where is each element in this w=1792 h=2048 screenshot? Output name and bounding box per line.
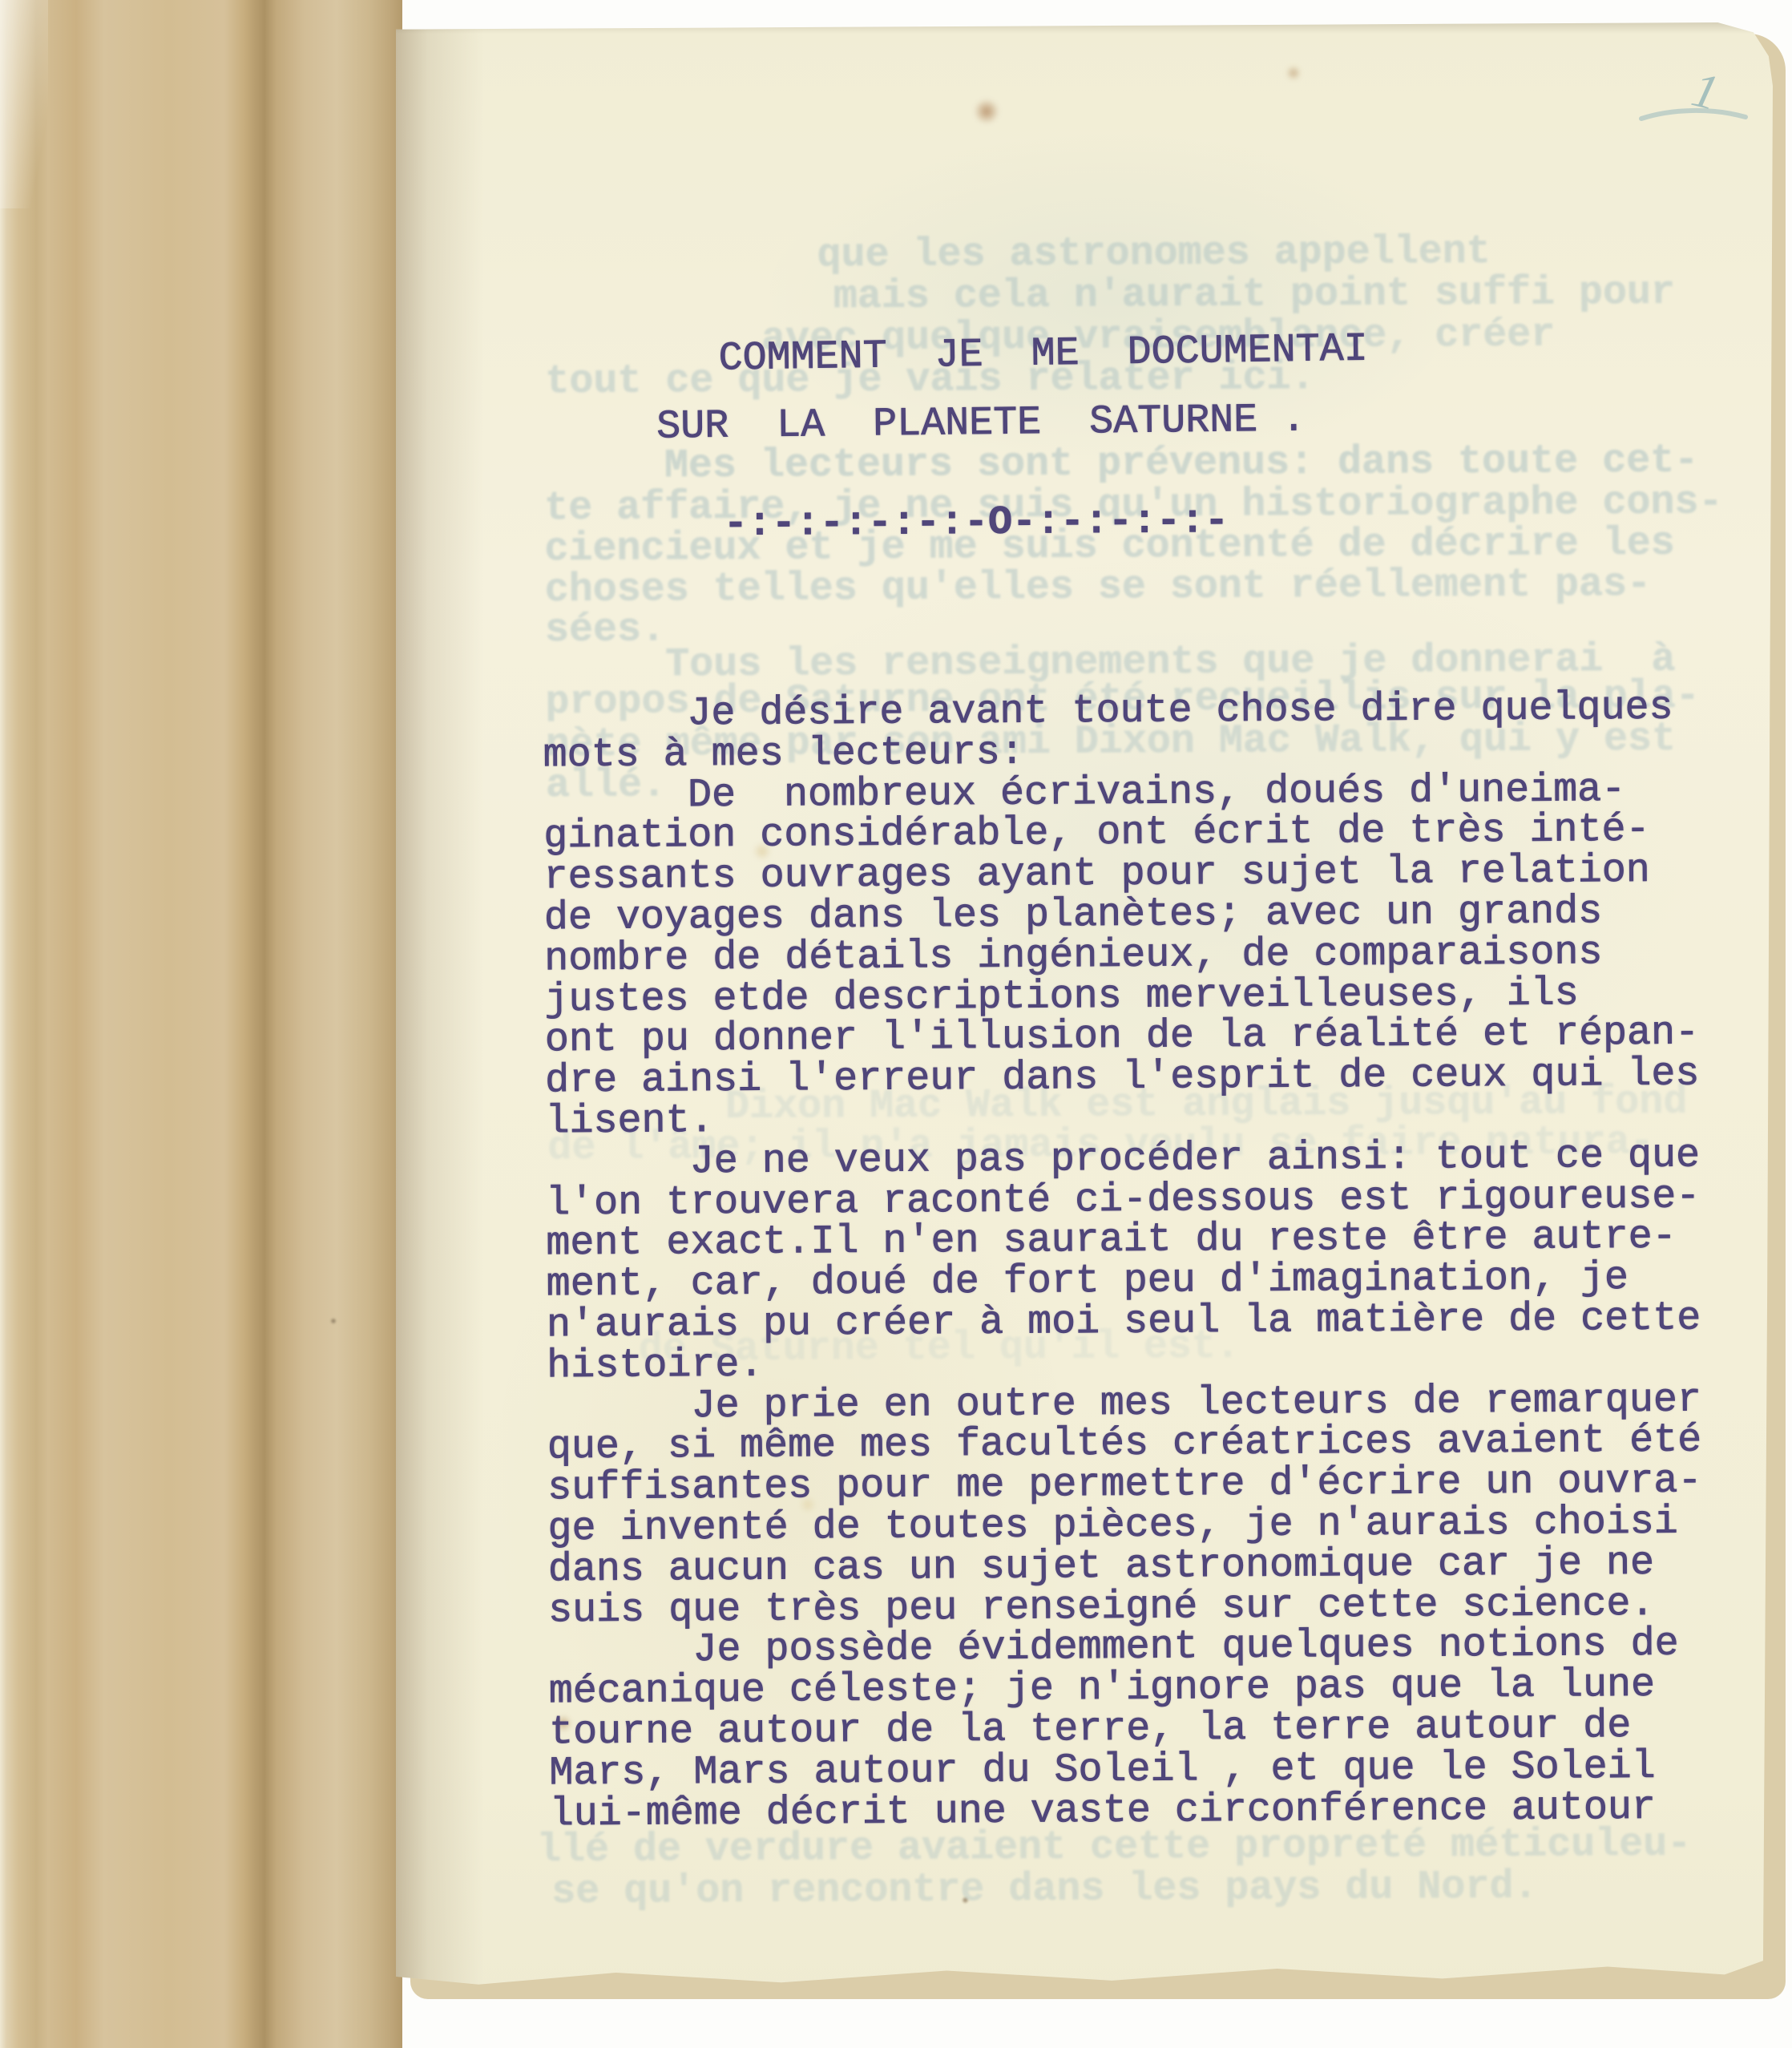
title-line-1: COMMENT JE ME DOCUMENTAI <box>718 327 1368 382</box>
typed-line: lui-même décrit une vaste circonférence … <box>550 1787 1705 1836</box>
typed-line: dre ainsi l'erreur dans l'esprit de ceux… <box>545 1055 1700 1103</box>
typed-line: n'aurais pu créer à moi seul la matière … <box>547 1299 1701 1347</box>
scanned-typescript-page: que les astronomes appellentmais cela n'… <box>0 0 1792 2048</box>
typed-divider-ornament: -:-:-:-:-:-O-:-:-:-:- <box>724 499 1229 547</box>
typed-text-layer: COMMENT JE ME DOCUMENTAI SUR LA PLANETE … <box>0 0 1792 2048</box>
body-text: Je désire avant toute chose dire quelque… <box>543 689 1704 1836</box>
handwritten-page-number: 1 <box>1627 42 1755 138</box>
typed-line: Je désire avant toute chose dire quelque… <box>543 689 1697 737</box>
title-line-2: SUR LA PLANETE SATURNE . <box>656 397 1306 450</box>
